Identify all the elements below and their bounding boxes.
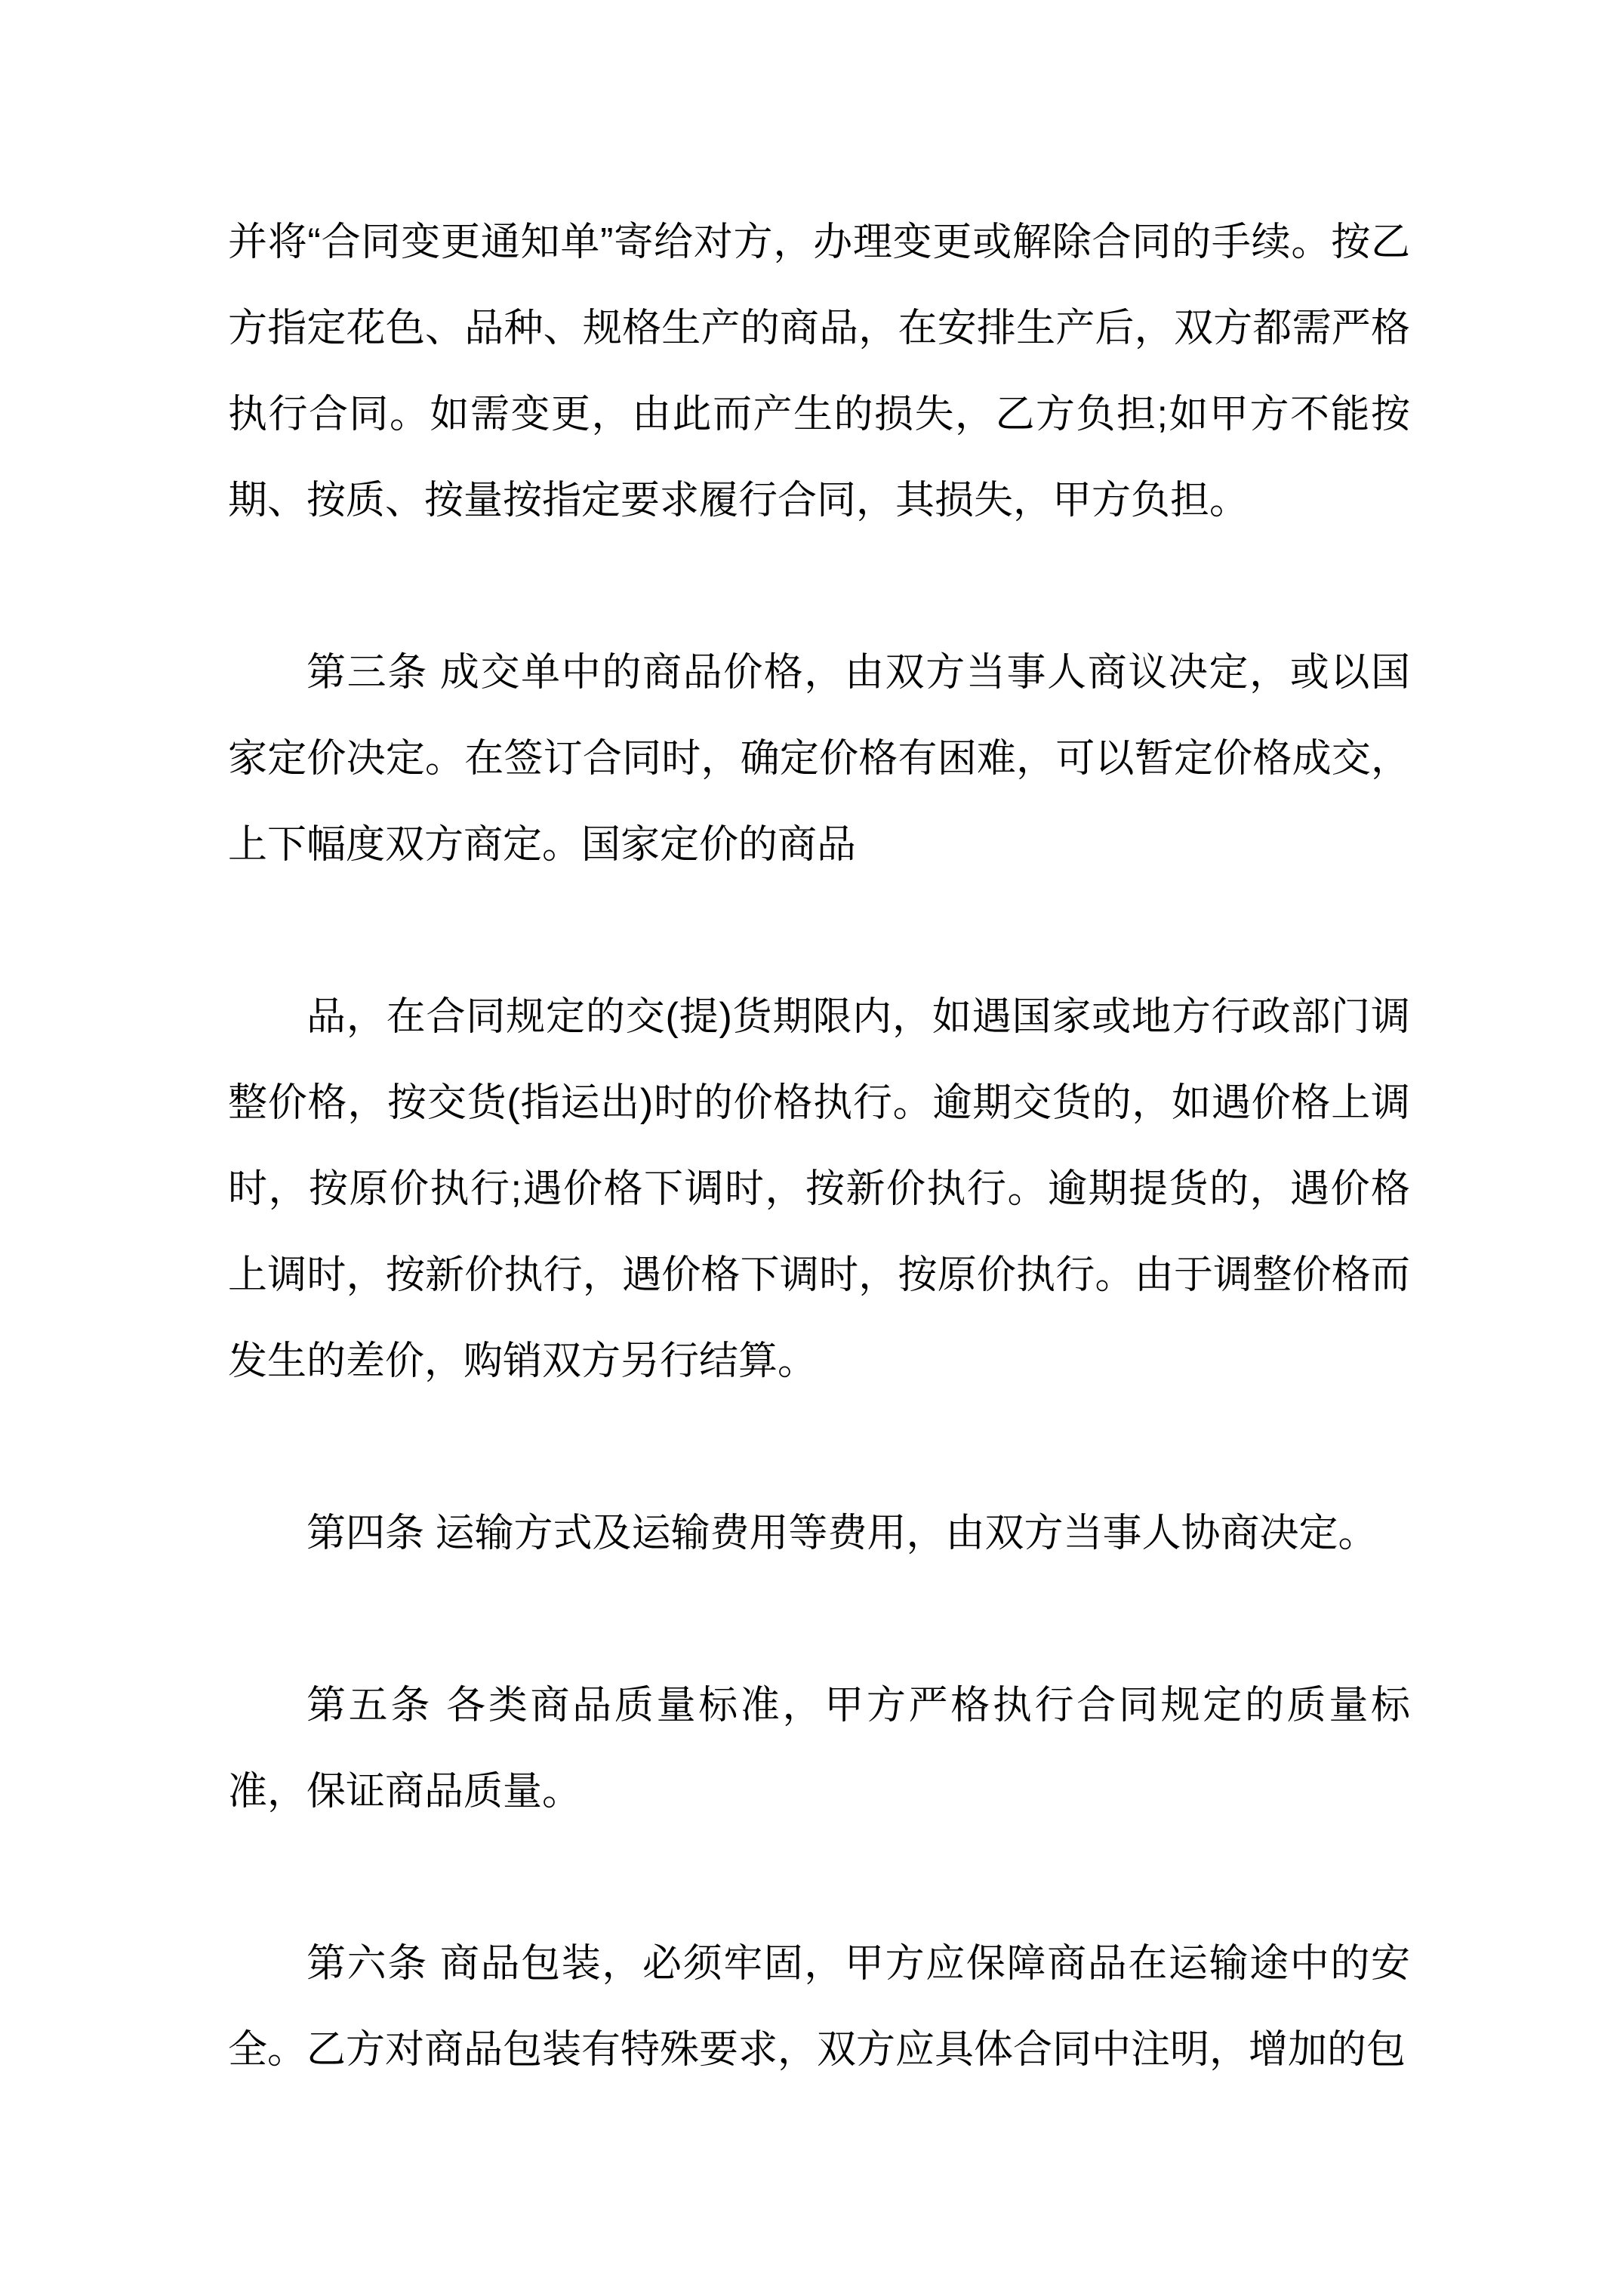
- paragraph-clause-2-continuation: 并将“合同变更通知单”寄给对方，办理变更或解除合同的手续。按乙方指定花色、品种、…: [228, 199, 1410, 544]
- paragraph-clause-5-quality: 第五条 各类商品质量标准，甲方严格执行合同规定的质量标准，保证商品质量。: [228, 1663, 1410, 1835]
- paragraph-clause-3-pricing-continued: 品，在合同规定的交(提)货期限内，如遇国家或地方行政部门调整价格，按交货(指运出…: [228, 974, 1410, 1404]
- paragraph-clause-4-transport: 第四条 运输方式及运输费用等费用，由双方当事人协商决定。: [228, 1490, 1410, 1576]
- paragraph-clause-6-packaging: 第六条 商品包装，必须牢固，甲方应保障商品在运输途中的安全。乙方对商品包装有特殊…: [228, 1921, 1410, 2093]
- document-page: 并将“合同变更通知单”寄给对方，办理变更或解除合同的手续。按乙方指定花色、品种、…: [0, 0, 1623, 2296]
- contract-text-body: 并将“合同变更通知单”寄给对方，办理变更或解除合同的手续。按乙方指定花色、品种、…: [228, 199, 1410, 2093]
- paragraph-clause-3-pricing: 第三条 成交单中的商品价格，由双方当事人商议决定，或以国家定价决定。在签订合同时…: [228, 630, 1410, 888]
